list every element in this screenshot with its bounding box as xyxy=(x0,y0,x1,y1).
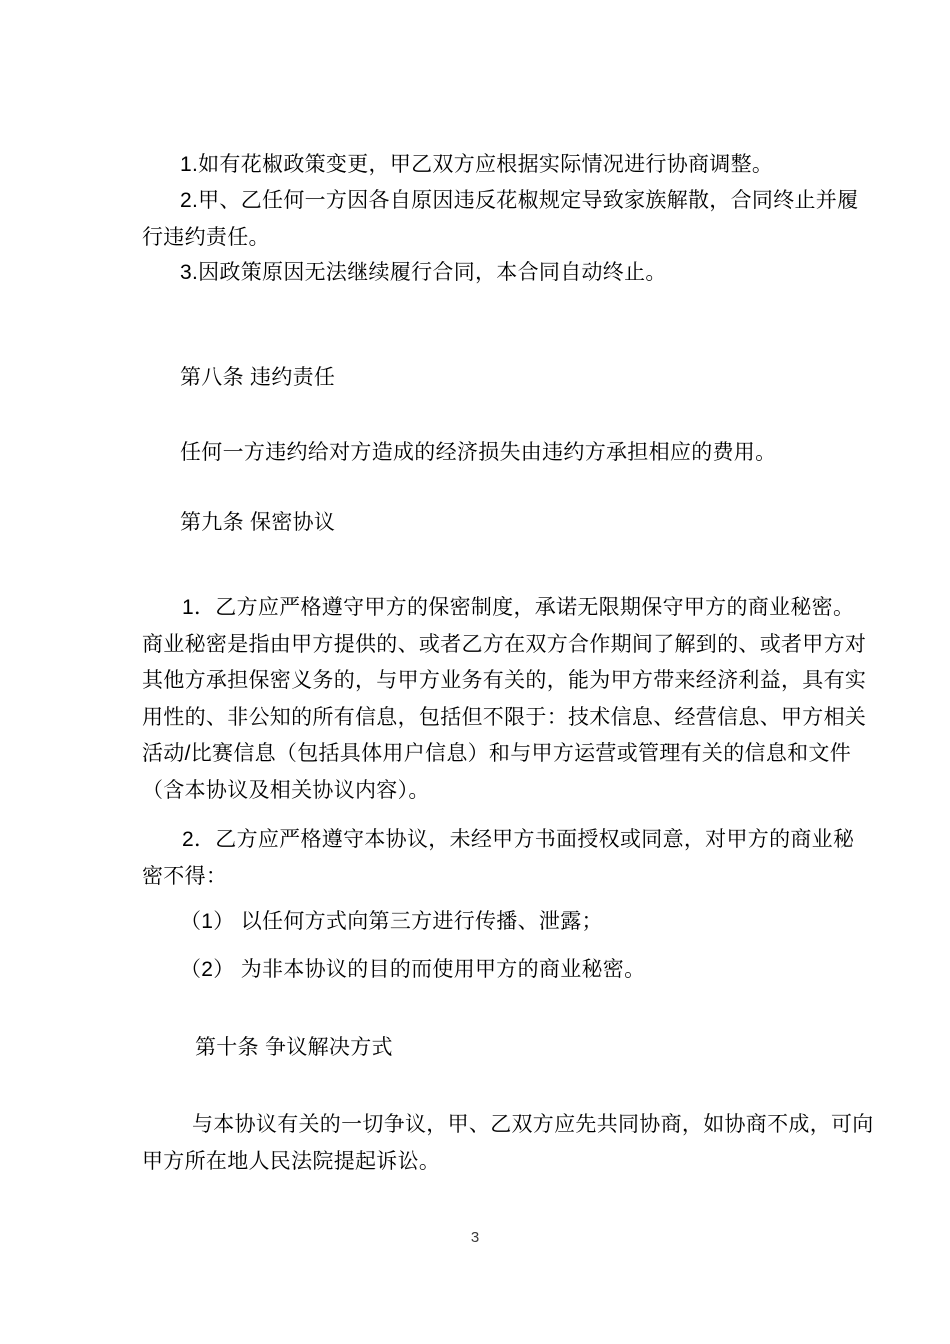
text-line: 第九条 保密协议 xyxy=(142,505,834,542)
text-line: （2） 为非本协议的目的而使用甲方的商业秘密。 xyxy=(142,952,834,989)
list-item: 1.如有花椒政策变更，甲乙双方应根据实际情况进行协商调整。 xyxy=(142,147,834,184)
text-line: （含本协议及相关协议内容）。 xyxy=(142,773,834,810)
text-line: 密不得： xyxy=(142,859,834,896)
heading: 第九条 保密协议 xyxy=(142,505,834,542)
text-line: 2.甲、乙任何一方因各自原因违反花椒规定导致家族解散，合同终止并履 xyxy=(142,183,834,220)
list-item: 3.因政策原因无法继续履行合同，本合同自动终止。 xyxy=(142,255,834,292)
text-line: 活动/比赛信息（包括具体用户信息）和与甲方运营或管理有关的信息和文件 xyxy=(142,736,834,773)
paragraph: 任何一方违约给对方造成的经济损失由违约方承担相应的费用。 xyxy=(142,435,834,472)
text-line: 2．乙方应严格遵守本协议，未经甲方书面授权或同意，对甲方的商业秘 xyxy=(142,822,834,859)
text-line: 其他方承担保密义务的，与甲方业务有关的，能为甲方带来经济利益，具有实 xyxy=(142,663,834,700)
text-line: 甲方所在地人民法院提起诉讼。 xyxy=(142,1144,834,1181)
text-line: 1.如有花椒政策变更，甲乙双方应根据实际情况进行协商调整。 xyxy=(142,147,834,184)
text-line: 行违约责任。 xyxy=(142,220,834,257)
text-line: 商业秘密是指由甲方提供的、或者乙方在双方合作期间了解到的、或者甲方对 xyxy=(142,627,834,664)
paragraph: 1．乙方应严格遵守甲方的保密制度，承诺无限期保守甲方的商业秘密。商业秘密是指由甲… xyxy=(142,590,834,809)
page-number: 3 xyxy=(0,1228,950,1248)
text-line: 与本协议有关的一切争议，甲、乙双方应先共同协商，如协商不成，可向 xyxy=(142,1107,834,1144)
heading: 第八条 违约责任 xyxy=(142,360,834,397)
text-line: （1） 以任何方式向第三方进行传播、泄露； xyxy=(142,904,834,941)
document-body: 1.如有花椒政策变更，甲乙双方应根据实际情况进行协商调整。2.甲、乙任何一方因各… xyxy=(0,0,950,1344)
text-line: 任何一方违约给对方造成的经济损失由违约方承担相应的费用。 xyxy=(142,435,834,472)
text-line: 1．乙方应严格遵守甲方的保密制度，承诺无限期保守甲方的商业秘密。 xyxy=(142,590,834,627)
text-line: 第八条 违约责任 xyxy=(142,360,834,397)
text-line: 第十条 争议解决方式 xyxy=(142,1030,834,1067)
paragraph: 2．乙方应严格遵守本协议，未经甲方书面授权或同意，对甲方的商业秘密不得： xyxy=(142,822,834,895)
text-line: 3.因政策原因无法继续履行合同，本合同自动终止。 xyxy=(142,255,834,292)
text-line: 用性的、非公知的所有信息，包括但不限于：技术信息、经营信息、甲方相关 xyxy=(142,700,834,737)
paragraph: 与本协议有关的一切争议，甲、乙双方应先共同协商，如协商不成，可向甲方所在地人民法… xyxy=(142,1107,834,1180)
heading: 第十条 争议解决方式 xyxy=(142,1030,834,1067)
list-item: （1） 以任何方式向第三方进行传播、泄露； xyxy=(142,904,834,941)
document-page: 1.如有花椒政策变更，甲乙双方应根据实际情况进行协商调整。2.甲、乙任何一方因各… xyxy=(0,0,950,1344)
list-item: 2.甲、乙任何一方因各自原因违反花椒规定导致家族解散，合同终止并履行违约责任。 xyxy=(142,183,834,256)
list-item: （2） 为非本协议的目的而使用甲方的商业秘密。 xyxy=(142,952,834,989)
